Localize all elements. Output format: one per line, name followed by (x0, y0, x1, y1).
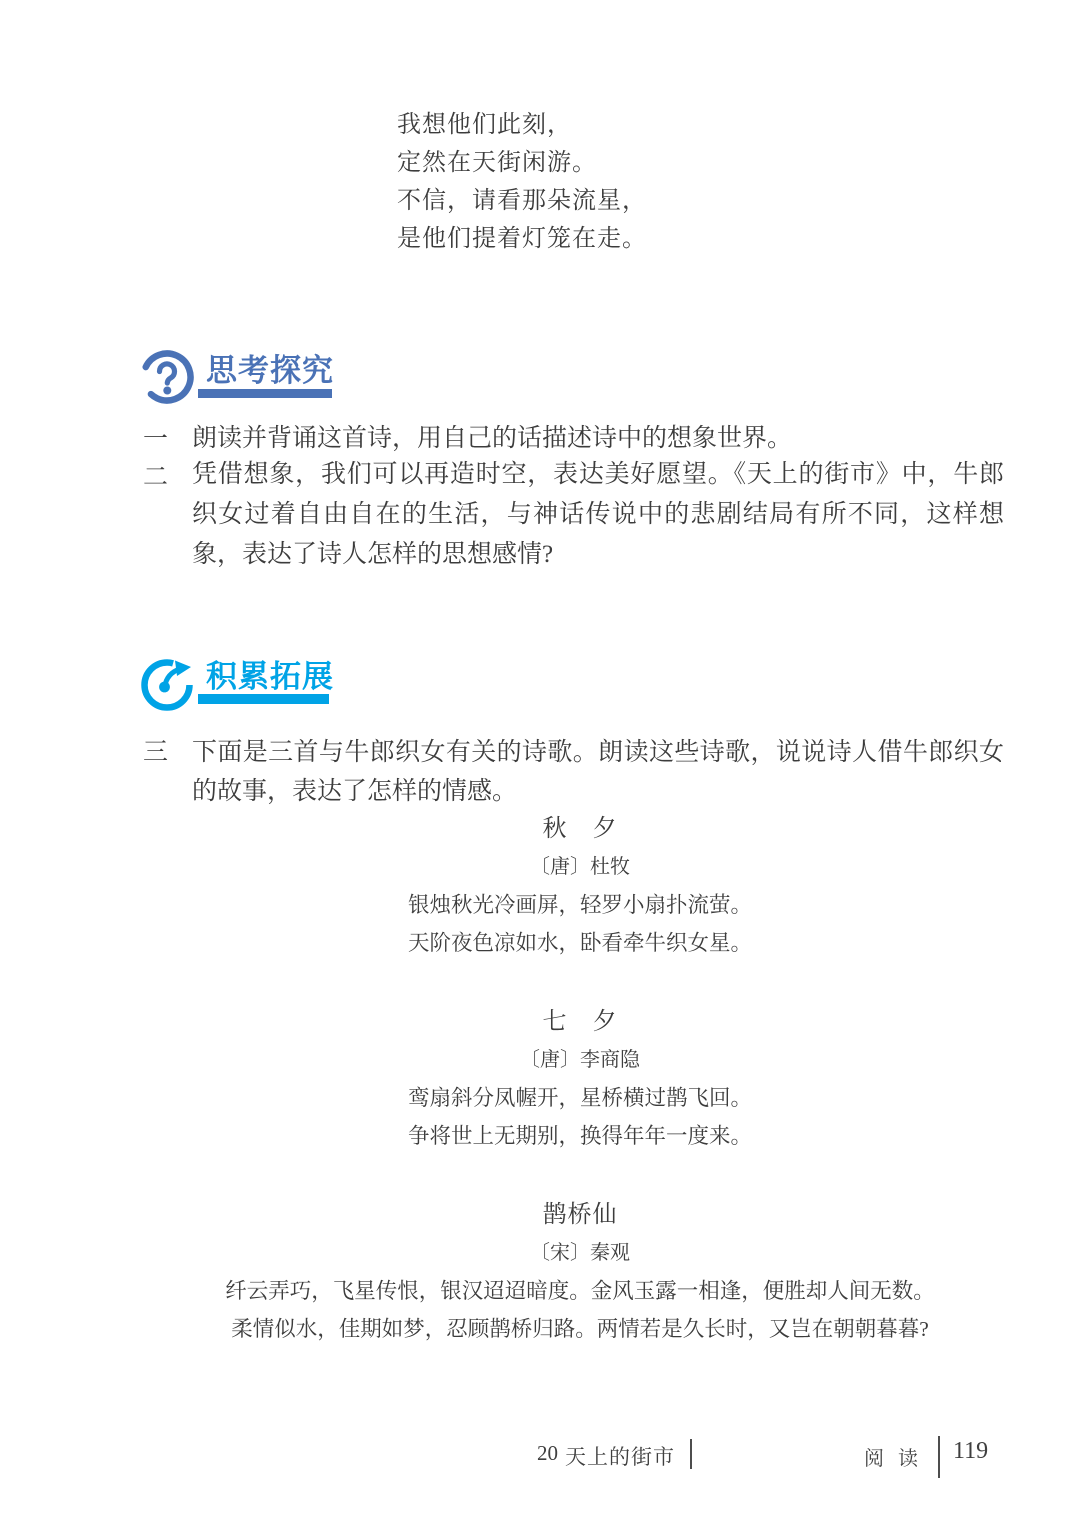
footer-divider (938, 1436, 940, 1478)
poem-qixi: 七 夕 〔唐〕李商隐 鸾扇斜分凤幄开，星桥横过鹊飞回。 争将世上无期别，换得年年… (170, 1003, 990, 1155)
section-title-think: 思考探究 (206, 352, 334, 389)
poem-excerpt: 我想他们此刻， 定然在天街闲游。 不信，请看那朵流星， 是他们提着灯笼在走。 (397, 106, 647, 258)
poem-title: 鹊桥仙 (170, 1196, 990, 1234)
poem-title: 七 夕 (170, 1003, 990, 1041)
poem-queqiaoxian: 鹊桥仙 〔宋〕秦观 纤云弄巧，飞星传恨，银汉迢迢暗度。金风玉露一相逢，便胜却人间… (170, 1196, 990, 1348)
item-text: 朗读并背诵这首诗，用自己的话描述诗中的想象世界。 (192, 419, 1004, 459)
item-text: 下面是三首与牛郎织女有关的诗歌。朗读这些诗歌，说说诗人借牛郎织女的故事，表达了怎… (192, 733, 1004, 811)
poem-line: 争将世上无期别，换得年年一度来。 (170, 1117, 990, 1155)
lesson-title: 天上的街市 (565, 1441, 675, 1471)
poem-line: 柔情似水，佳期如梦，忍顾鹊桥归路。两情若是久长时，又岂在朝朝暮暮? (170, 1310, 990, 1348)
textbook-page: 我想他们此刻， 定然在天街闲游。 不信，请看那朵流星， 是他们提着灯笼在走。 思… (0, 0, 1080, 1526)
item-number: 三 (143, 740, 168, 765)
lesson-number: 20 (537, 1441, 558, 1466)
poem-line: 不信，请看那朵流星， (397, 182, 647, 220)
poem-line: 我想他们此刻， (397, 106, 647, 144)
item-number: 二 (143, 465, 168, 490)
footer-divider (690, 1439, 692, 1469)
poem-line: 纤云弄巧，飞星传恨，银汉迢迢暗度。金风玉露一相逢，便胜却人间无数。 (170, 1272, 990, 1310)
section-underline (198, 389, 332, 398)
reading-section-label: 阅读 (864, 1442, 932, 1471)
poem-title: 秋 夕 (170, 810, 990, 848)
page-number: 119 (953, 1438, 988, 1465)
item-text: 凭借想象，我们可以再造时空，表达美好愿望。《天上的街市》中，牛郎织女过着自由自在… (192, 455, 1004, 575)
poem-line: 是他们提着灯笼在走。 (397, 220, 647, 258)
poem-author: 〔唐〕杜牧 (170, 848, 990, 886)
poem-line: 银烛秋光冷画屏，轻罗小扇扑流萤。 (170, 886, 990, 924)
poem-line: 鸾扇斜分凤幄开，星桥横过鹊飞回。 (170, 1079, 990, 1117)
item-number: 一 (143, 427, 168, 452)
poem-qiuxi: 秋 夕 〔唐〕杜牧 银烛秋光冷画屏，轻罗小扇扑流萤。 天阶夜色凉如水，卧看牵牛织… (170, 810, 990, 962)
poem-line: 天阶夜色凉如水，卧看牵牛织女星。 (170, 924, 990, 962)
poem-author: 〔宋〕秦观 (170, 1234, 990, 1272)
section-title-expand: 积累拓展 (206, 658, 334, 695)
section-underline (198, 694, 329, 704)
circular-arrow-icon (139, 656, 195, 712)
question-circle-icon (139, 349, 195, 405)
poem-line: 定然在天街闲游。 (397, 144, 647, 182)
poem-author: 〔唐〕李商隐 (170, 1041, 990, 1079)
